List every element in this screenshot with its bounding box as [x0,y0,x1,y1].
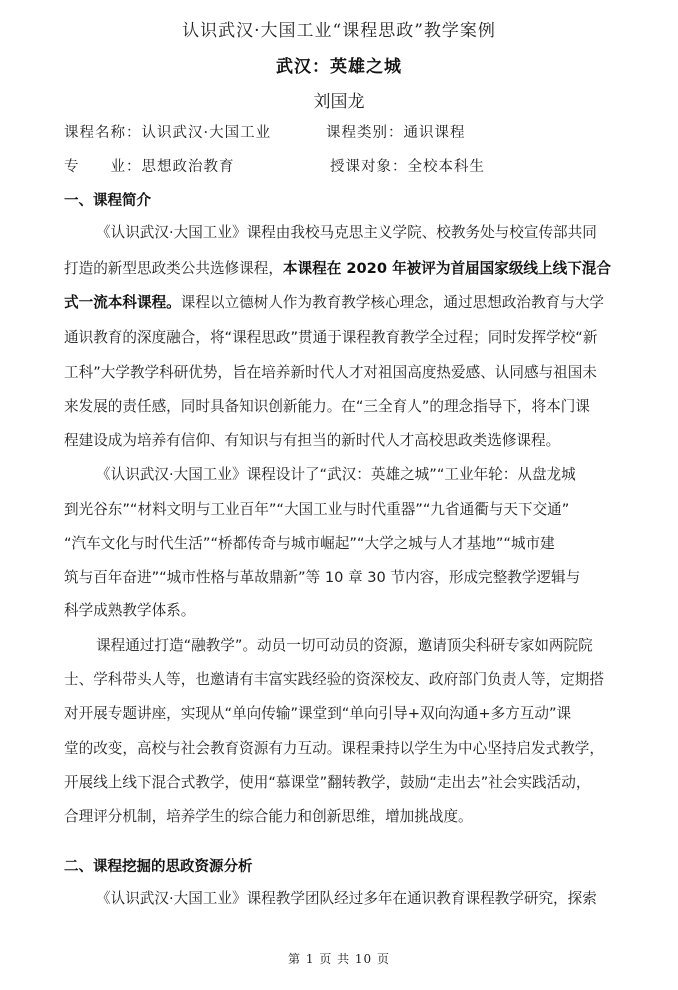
audience-value: 全校本科生 [408,159,486,175]
course-type-value: 通识课程 [404,125,466,141]
major-label: 专 业： [64,159,142,175]
document-subtitle: 武汉：英雄之城 [0,52,678,77]
major-field: 专 业：思想政治教育 [64,155,235,176]
paragraph-line: 打造的新型思政类公共选修课程，本课程在 2020 年被评为首届国家级线上线下混合 [64,257,620,278]
section-heading-resources: 二、课程挖掘的思政资源分析 [64,855,253,876]
paragraph-line: 开展线上线下混合式教学，使用“慕课堂”翻转教学，鼓励“走出去”社会实践活动， [64,771,620,792]
paragraph-line: 堂的改变，高校与社会教育资源有力互动。课程秉持以学生为中心坚持启发式教学， [64,737,620,758]
course-name-field: 课程名称：认识武汉·大国工业 [64,121,271,142]
paragraph-line: 来发展的责任感，同时具备知识创新能力。在“三全育人”的理念指导下，将本门课 [64,395,620,416]
paragraph-line: 《认识武汉·大国工业》课程由我校马克思主义学院、校教务处与校宣传部共同 [96,221,652,242]
course-name-value: 认识武汉·大国工业 [142,125,272,141]
paragraph-line: 士、学科带头人等，也邀请有丰富实践经验的资深校友、政府部门负责人等，定期搭 [64,668,620,689]
document-author: 刘国龙 [0,87,678,112]
bold-text-run: 式一流本科课程。 [64,294,181,311]
paragraph-line: “汽车文化与时代生活”“桥都传奇与城市崛起”“大学之城与人才基地”“城市建 [64,532,620,553]
course-type-label: 课程类别： [326,125,404,141]
paragraph-line: 《认识武汉·大国工业》课程教学团队经过多年在通识教育课程教学研究，探索 [96,887,652,908]
paragraph-line: 通识教育的深度融合，将“课程思政”贯通于课程教育教学全过程；同时发挥学校“新 [64,326,620,347]
paragraph-line: 筑与百年奋进”“城市性格与革故鼎新”等 10 章 30 节内容，形成完整教学逻辑… [64,566,620,587]
paragraph-line: 到光谷东”“材料文明与工业百年”“大国工业与时代重器”“九省通衢与天下交通” [64,498,620,519]
audience-label: 授课对象： [330,159,408,175]
paragraph-line: 《认识武汉·大国工业》课程设计了“武汉：英雄之城”“工业年轮：从盘龙城 [96,463,652,484]
paragraph-line: 课程通过打造“融教学”。动员一切可动员的资源，邀请顶尖科研专家如两院院 [96,634,652,655]
text-run: 课程以立德树人作为教育教学核心理念，通过思想政治教育与大学 [181,294,604,311]
bold-text-run: 本课程在 2020 年被评为首届国家级线上线下混合 [283,260,611,277]
paragraph-line: 对开展专题讲座，实现从“单向传输”课堂到“单向引导+双向沟通+多方互动”课 [64,702,620,723]
section-heading-intro: 一、课程简介 [64,189,151,210]
document-title: 认识武汉·大国工业“课程思政”教学案例 [0,16,678,41]
paragraph-line: 程建设成为培养有信仰、有知识与有担当的新时代人才高校思政类选修课程。 [64,429,620,450]
course-type-field: 课程类别：通识课程 [326,121,466,142]
text-run: 打造的新型思政类公共选修课程， [64,260,283,277]
paragraph-line: 合理评分机制，培养学生的综合能力和创新思维，增加挑战度。 [64,805,620,826]
audience-field: 授课对象：全校本科生 [330,155,485,176]
major-value: 思想政治教育 [142,159,235,175]
course-name-label: 课程名称： [64,125,142,141]
paragraph-line: 式一流本科课程。课程以立德树人作为教育教学核心理念，通过思想政治教育与大学 [64,291,620,312]
paragraph-line: 科学成熟教学体系。 [64,599,620,620]
page-number-footer: 第 1 页 共 10 页 [0,950,678,967]
paragraph-line: 工科”大学教学科研优势，旨在培养新时代人才对祖国高度热爱感、认同感与祖国未 [64,361,620,382]
